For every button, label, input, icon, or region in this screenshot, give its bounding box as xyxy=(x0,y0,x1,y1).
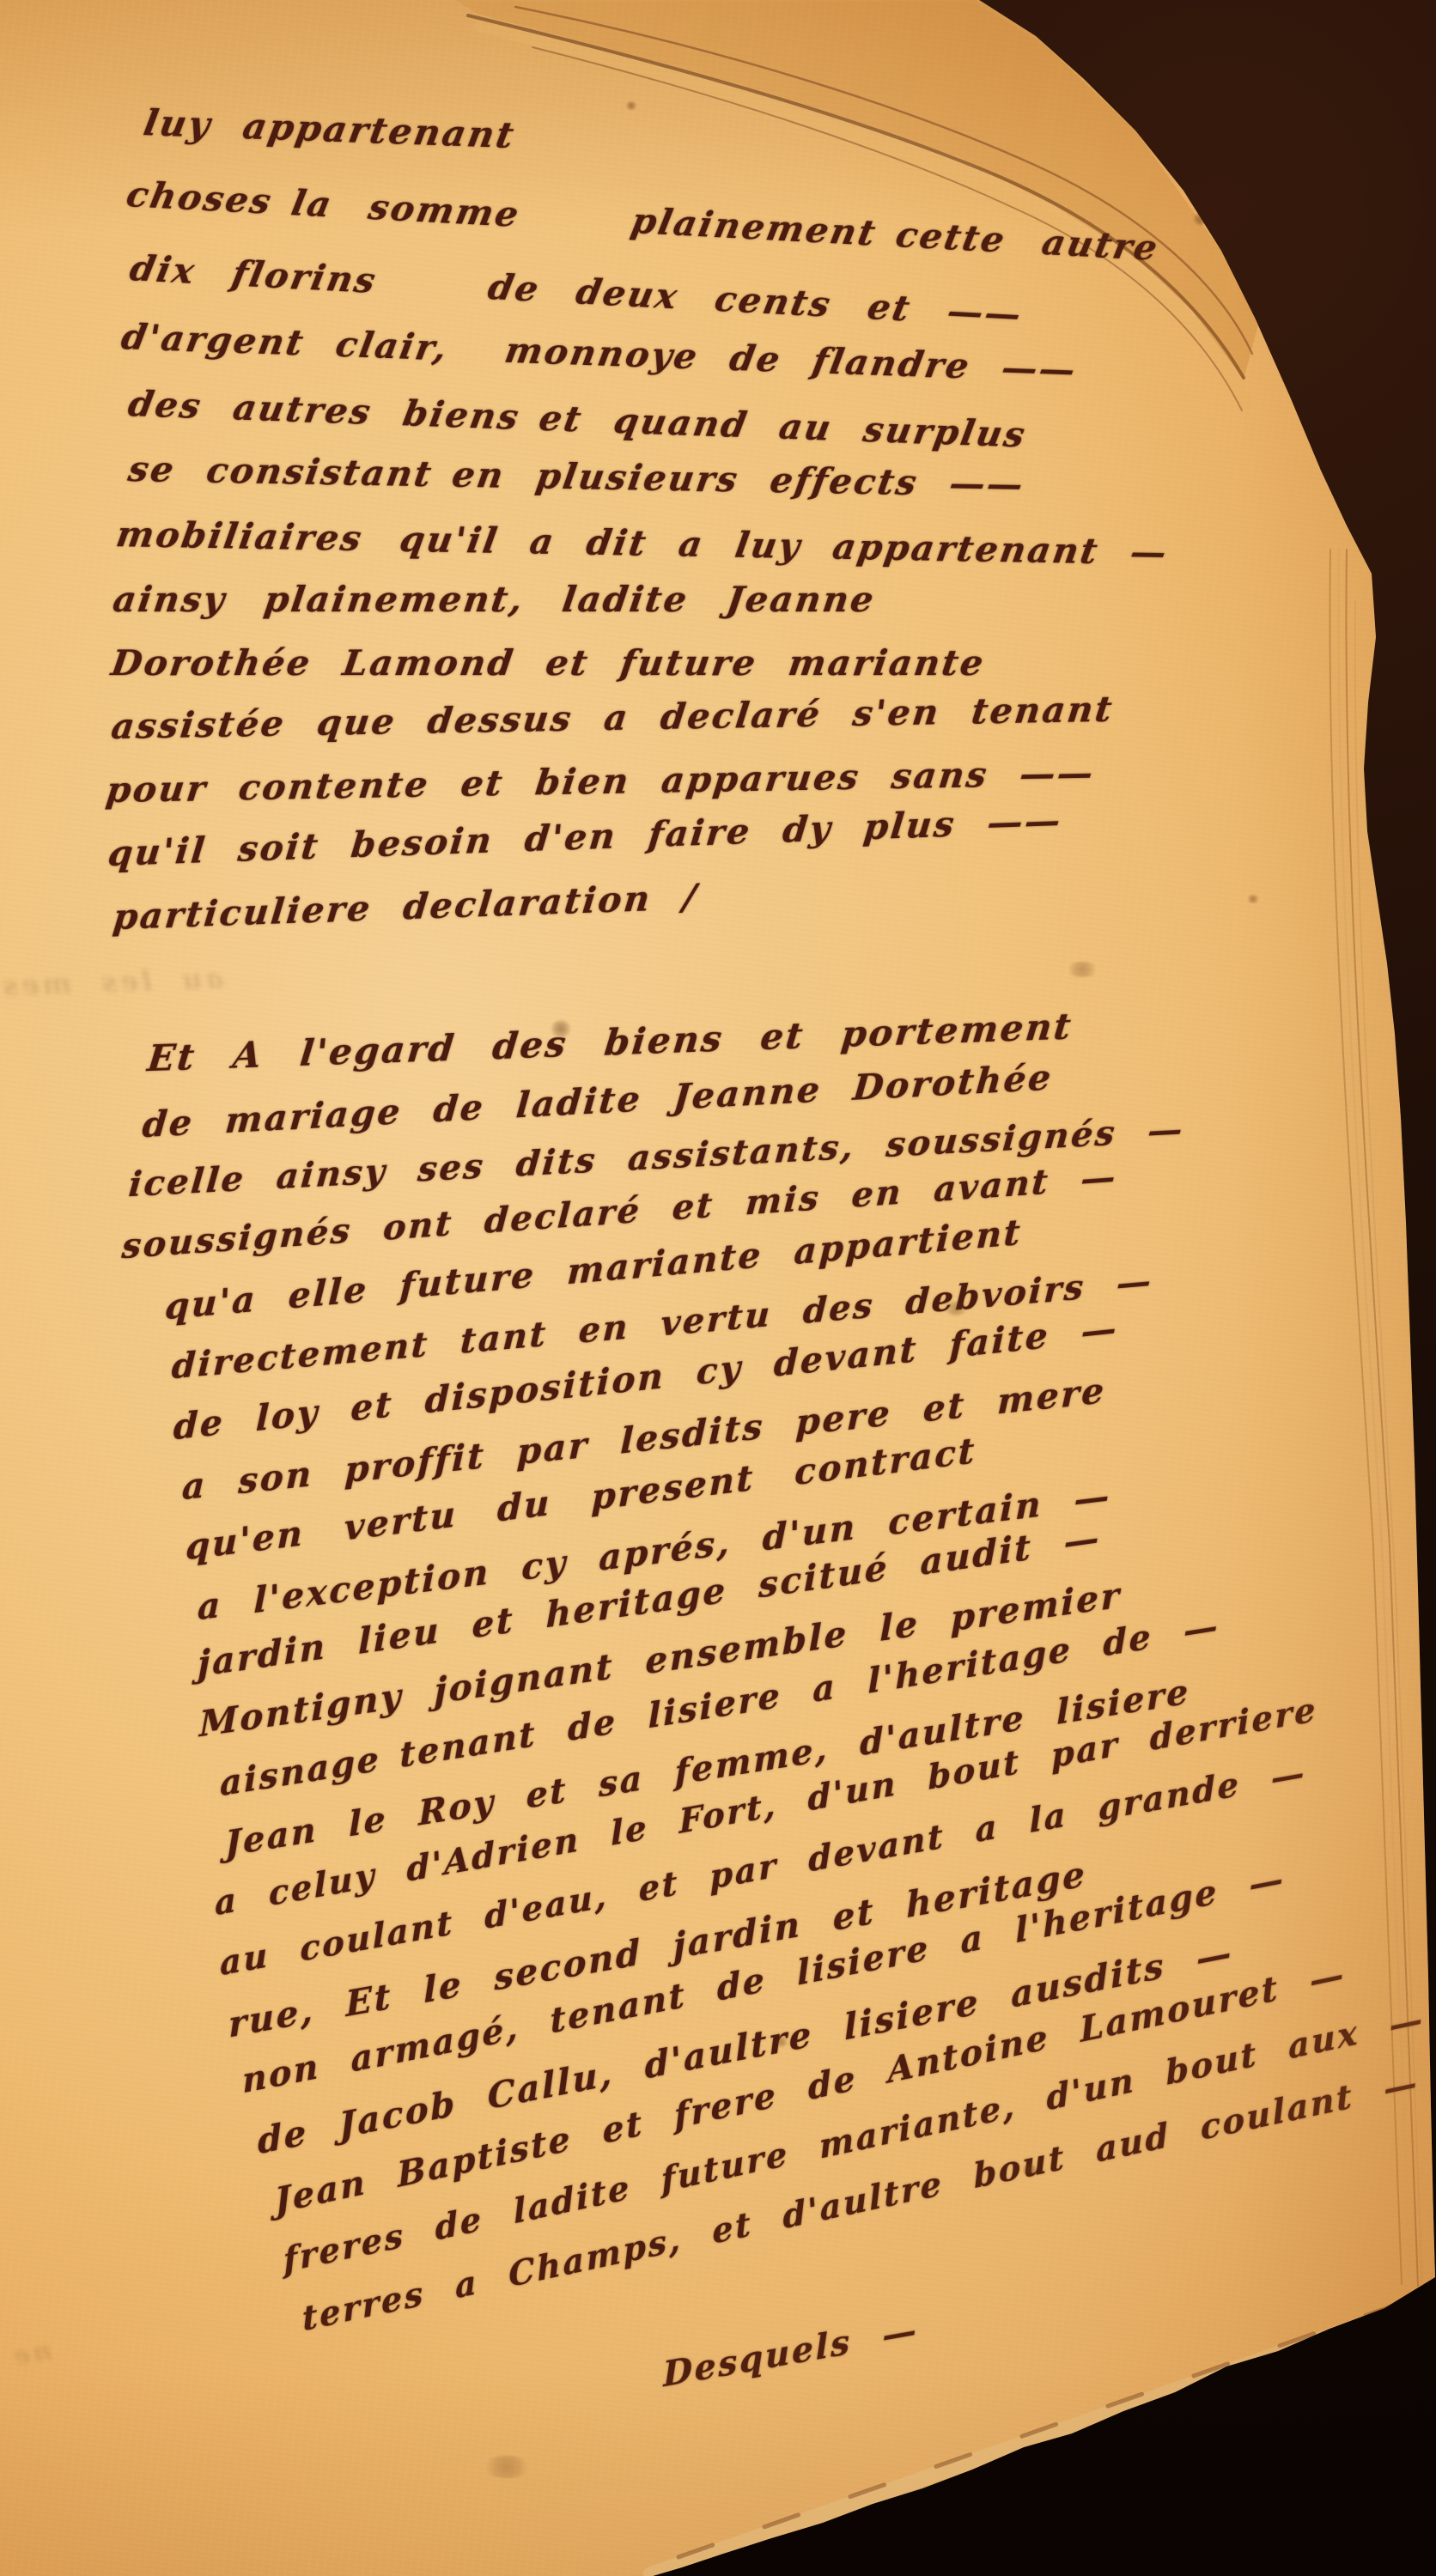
bleedthrough-ghost-line: ne lau ces une xyxy=(0,2336,54,2417)
manuscript-line: mobiliaires qu'il a dit a luy appartenan… xyxy=(113,513,1171,573)
bleedthrough-ghost-line: au les mes con une xyxy=(0,962,224,1009)
manuscript-line: se consistant en plusieurs effects —— xyxy=(125,448,1027,505)
manuscript-line: luy appartenant xyxy=(141,101,519,156)
manuscript-page: sem une conla des aules au mes ne voulco… xyxy=(0,0,1436,2576)
ink-stain xyxy=(481,2456,532,2478)
manuscript-line: ainsy plainement, ladite Jeanne xyxy=(111,579,879,620)
manuscript-line: assistée que dessus a declaré s'en tenan… xyxy=(109,689,1117,747)
ink-stain xyxy=(1065,962,1099,977)
manuscript-line: qu'il soit besoin d'en faire dy plus —— xyxy=(106,799,1064,874)
manuscript-line: particuliere declaration / xyxy=(111,876,700,938)
manuscript-line: Desquels — xyxy=(662,2309,919,2395)
manuscript-line: des autres biens et quand au surplus xyxy=(125,383,1030,455)
ink-stain xyxy=(1192,213,1209,225)
ink-stain xyxy=(943,1302,969,1315)
ink-stain xyxy=(775,2037,788,2047)
manuscript-line: Dorothée Lamond et future mariante xyxy=(109,642,989,683)
manuscript-line: pour contente et bien apparues sans —— xyxy=(104,752,1098,811)
photo-scene: sem une conla des aules au mes ne voulco… xyxy=(0,0,1436,2576)
ink-stain xyxy=(1247,895,1259,903)
ink-stain xyxy=(550,1020,572,1037)
ink-stain xyxy=(1022,2164,1037,2176)
ink-stain xyxy=(625,101,637,110)
